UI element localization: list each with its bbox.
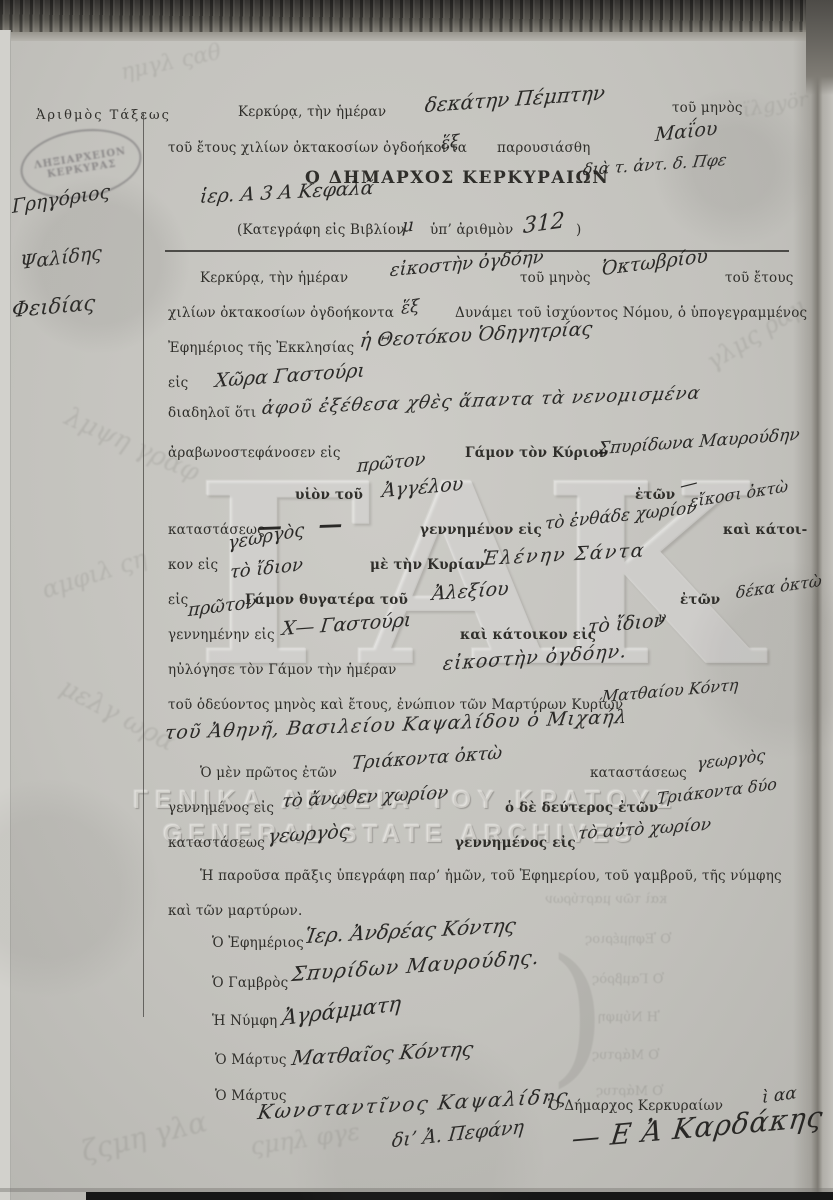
second-witness-status-label: καταστάσεως xyxy=(168,835,265,851)
bleed-through-scribble: μελγ ωρα xyxy=(55,672,180,757)
registered-suffix: ) xyxy=(576,222,581,238)
registered-number-handwriting: 312 xyxy=(523,208,565,239)
born-at-label-bride: γεννημένην εἰς xyxy=(168,627,275,643)
second-witness-age-label: ὁ δὲ δεύτερος ἐτῶν xyxy=(505,800,659,816)
clerk-signature: δι’ Ἀ. Πεφάνη xyxy=(391,1116,525,1152)
header-year-handwriting: ἕξ xyxy=(441,131,459,154)
scanned-register-page: ΓΑΚ ΓΕΝΙΚΑ ΑΡΧΕΙΑ ΤΟΥ ΚΡΑΤΟΥΣ GENERAL ST… xyxy=(0,0,833,1200)
witness1-signature-label: Ὁ Μάρτυς xyxy=(215,1052,287,1068)
book-top-edge-highlight xyxy=(0,32,833,41)
at-label-2: εἰς xyxy=(168,592,188,608)
header-month-handwriting: Μαΐου xyxy=(654,117,718,146)
bleed-through-scribble: ςμηλ φγε xyxy=(249,1117,362,1160)
bride-age-label: ἐτῶν xyxy=(680,592,720,608)
header-presented-label: παρουσιάσθη xyxy=(497,140,591,156)
at-label-1: εἰς xyxy=(168,375,188,391)
daughter-of-label: Γάμον θυγατέρα τοῦ xyxy=(245,592,408,608)
header-day-handwriting: δεκάτην Πέμπτην xyxy=(424,80,607,117)
act-month-label: τοῦ μηνὸς xyxy=(520,270,591,286)
bleed-brace: ( xyxy=(548,928,607,1102)
closing-line-2: καὶ τῶν μαρτύρων. xyxy=(168,903,302,919)
groom-signature-label: Ὁ Γαμβρὸς xyxy=(212,975,288,991)
declares-label: διαδηλοῖ ὅτι xyxy=(168,405,256,421)
first-witness-status-handwriting: γεωργὸς xyxy=(696,745,765,773)
page-bottom-edge xyxy=(86,1192,833,1200)
son-of-label: υἱὸν τοῦ xyxy=(295,487,363,503)
witness1-signature: Ματθαῖος Κόντης xyxy=(290,1036,475,1070)
binding-corner xyxy=(806,0,833,95)
blessed-marriage-label: ηὐλόγησε τὸν Γάμον τὴν ἡμέραν xyxy=(168,662,397,678)
book-top-edge xyxy=(0,0,833,32)
margin-note-2: Ψαλίδης xyxy=(20,242,102,274)
priest-signature-label: Ὁ Ἐφημέριος xyxy=(212,935,304,951)
bride-signature-label: Ἡ Νύμφη xyxy=(212,1013,277,1029)
bride-signature: Ἀγράμματη xyxy=(281,991,402,1030)
bleed-closing: καὶ τῶν μαρτύρων xyxy=(545,892,667,907)
page-left-edge xyxy=(0,30,11,1200)
bleed-through-scribble: αμφιλ ςη xyxy=(38,544,150,604)
order-number-label: Ἀριθμὸς Τάξεως xyxy=(36,108,171,123)
act-year-handwriting: ἕξ xyxy=(401,296,420,319)
church-handwriting: ἡ Θεοτόκου Ὁδηγητρίας xyxy=(359,318,594,352)
registry-handwriting: ἱερ. Α 3 Α Κεφαλᾶ xyxy=(199,177,375,208)
born-at-label-groom: γεννημένον εἰς xyxy=(420,522,542,538)
act-year-label: τοῦ ἔτους xyxy=(725,270,794,286)
priest-of-church-label: Ἐφημέριος τῆς Ἐκκλησίας xyxy=(168,340,354,356)
and-resident-label-bride: καὶ κάτοικον εἰς xyxy=(460,627,596,643)
bleed-bride-label: Ἡ Νύμφη xyxy=(598,1010,660,1025)
with-mrs-label: μὲ τὴν Κυρίαν xyxy=(370,557,485,573)
and-resident-label-part1: καὶ κάτοι- xyxy=(723,522,807,538)
mayor-heading-handwriting: διὰ τ. ἀντ. δ. Πφε xyxy=(582,150,728,179)
bleed-through-scribble: ζςμη γλα xyxy=(78,1105,210,1168)
first-witness-born-label: γεννημένος εἰς xyxy=(168,800,274,816)
act-place-day: Κερκύρᾳ, τὴν ἡμέραν xyxy=(200,270,348,286)
registered-prefix: (Κατεγράφη εἰς Βιβλίον xyxy=(237,222,405,238)
first-witness-status-label: καταστάσεως xyxy=(590,765,687,781)
bleed-through-scribble: ημγλ ςαθ xyxy=(119,40,224,86)
header-month-label: τοῦ μηνὸς xyxy=(672,100,743,116)
act-year-line: χιλίων ὀκτακοσίων ὀγδοήκοντα xyxy=(168,305,394,321)
registered-book-handwriting: μ xyxy=(402,215,414,237)
second-witness-born-label: γεννημένος εἰς xyxy=(455,835,576,851)
binding-shadow xyxy=(793,30,833,1200)
marriage-to-mr-label: Γάμον τὸν Κύριον xyxy=(465,445,608,461)
margin-note-3: Φειδίας xyxy=(11,291,95,322)
registered-number-label: ὑπ’ ἀριθμὸν xyxy=(430,222,513,238)
resident-at-label-groom: κον εἰς xyxy=(168,557,218,573)
closing-line-1: Ἡ παροῦσα πρᾶξις ὑπεγράφη παρ’ ἡμῶν, τοῦ… xyxy=(200,868,782,884)
header-place-day: Κερκύρᾳ, τὴν ἡμέραν xyxy=(238,104,386,120)
priest-signature: Ἱερ. Ἀνδρέας Κόντης xyxy=(303,913,518,948)
church-place-handwriting: Χῶρα Γαστούρι xyxy=(214,359,366,392)
first-witness-age-label: Ὁ μὲν πρῶτος ἐτῶν xyxy=(200,765,337,781)
header-year-line: τοῦ ἔτους χιλίων ὀκτακοσίων ὀγδοήκοντα xyxy=(168,140,467,156)
groom-signature: Σπυρίδων Μαυρούδης. xyxy=(290,945,541,987)
